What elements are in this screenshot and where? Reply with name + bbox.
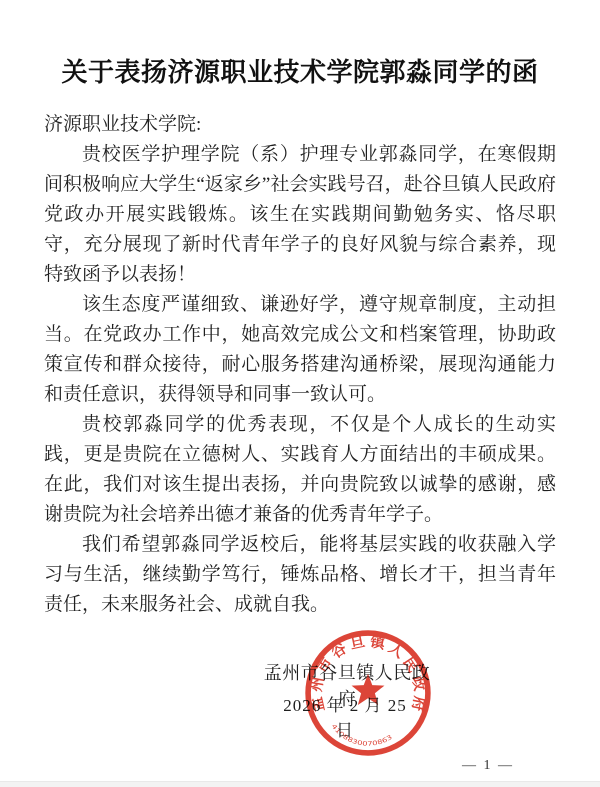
seal-star-icon: [352, 674, 385, 705]
official-seal-stamp: 孟州市谷旦镇人民政府 4108830070863: [302, 627, 434, 759]
paragraph-3: 贵校郭淼同学的优秀表现，不仅是个人成长的生动实践，更是贵院在立德树人、实践育人方…: [44, 410, 556, 530]
page-bottom-edge: [0, 781, 600, 787]
paragraph-1: 贵校医学护理学院（系）护理专业郭淼同学，在寒假期间积极响应大学生“返家乡”社会实…: [44, 140, 556, 290]
document-body: 贵校医学护理学院（系）护理专业郭淼同学，在寒假期间积极响应大学生“返家乡”社会实…: [44, 140, 556, 620]
paragraph-2: 该生态度严谨细致、谦逊好学，遵守规章制度，主动担当。在党政办工作中，她高效完成公…: [44, 290, 556, 410]
seal-ring-text: 孟州市谷旦镇人民政府: [307, 632, 429, 713]
paragraph-4: 我们希望郭淼同学返校后，能将基层实践的收获融入学习与生活，继续勤学笃行，锤炼品格…: [44, 530, 556, 620]
document-page: 关于表扬济源职业技术学院郭淼同学的函 济源职业技术学院: 贵校医学护理学院（系）…: [0, 0, 600, 787]
salutation: 济源职业技术学院:: [44, 109, 201, 136]
page-number: — 1 —: [462, 758, 514, 774]
document-title: 关于表扬济源职业技术学院郭淼同学的函: [0, 52, 600, 89]
